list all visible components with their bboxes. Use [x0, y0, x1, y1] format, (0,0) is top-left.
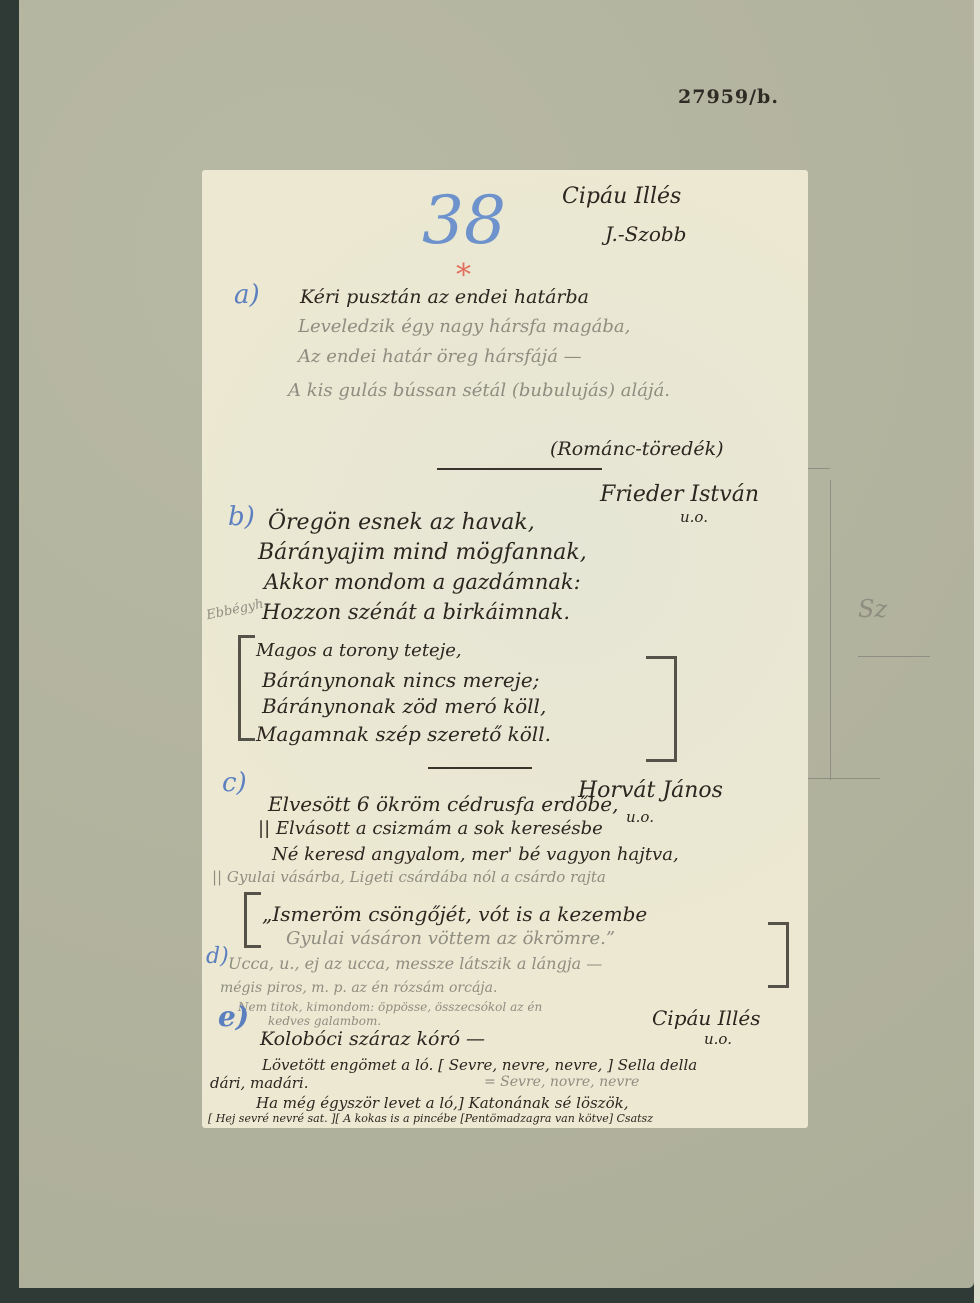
page-number: 38: [422, 182, 506, 259]
section-c-line: || Elvásott a csizmám a sok keresésbe: [258, 818, 603, 839]
section-c-line: Elvesött 6 ökröm cédrusfa erdőbe,: [268, 792, 619, 816]
divider: [428, 767, 532, 769]
section-b-label: b): [228, 502, 255, 532]
section-d-line: Ucca, u., ej az ucca, messze látszik a l…: [228, 954, 602, 973]
section-a-line: A kis gulás bússan sétál (bubulujás) alá…: [288, 380, 670, 401]
section-e-line: Kolobóci száraz kóró —: [260, 1028, 485, 1050]
section-e-label: e): [218, 1000, 249, 1033]
catalog-number-stamp: 27959/b.: [678, 86, 779, 108]
mount-pencil-bracket-right: [830, 480, 831, 780]
section-c-line: || Gyulai vásárba, Ligeti csárdába nól a…: [212, 868, 606, 886]
section-b-bracketed-line: Magos a torony teteje,: [256, 640, 462, 661]
section-c-label: c): [222, 768, 247, 798]
section-e-attribution-sub: u.o.: [704, 1030, 732, 1048]
section-b-bracketed-line: Magamnak szép szerető köll.: [256, 722, 551, 746]
section-b-line: Öregön esnek az havak,: [268, 510, 535, 535]
section-d-line: mégis piros, m. p. az én rózsám orcája.: [220, 980, 497, 996]
section-a-note: (Románc-töredék): [550, 438, 724, 460]
mount-pencil-underline: [858, 656, 930, 657]
bracket-right: [646, 656, 677, 762]
section-b-line: Akkor mondom a gazdámnak:: [264, 570, 581, 594]
section-b-line: Bárányajim mind mögfannak,: [258, 540, 587, 565]
scan-edge: [974, 0, 980, 1303]
section-e-line: [ Hej sevré nevré sat. ][ A kokas is a p…: [208, 1112, 653, 1125]
section-a-label: a): [234, 280, 260, 310]
section-a-line: Az endei határ öreg hársfájá —: [298, 346, 582, 367]
section-b-bracketed-line: Báránynonak zöd meró köll,: [262, 694, 546, 718]
section-c-line: Gyulai vásáron vöttem az ökrömre.”: [286, 928, 615, 949]
section-a-line: Leveledzik égy nagy hársfa magába,: [298, 316, 630, 337]
section-e-line: dári, madári.: [210, 1074, 309, 1092]
bracket-right: [768, 922, 789, 988]
section-e-line: Ha még égyször levet a ló,] Katonának sé…: [256, 1094, 628, 1112]
section-e-attribution: Cipáu Illés: [652, 1006, 760, 1030]
bracket-left: [238, 635, 255, 741]
section-c-line: „Ismeröm csöngőjét, vót is a kezembe: [262, 902, 647, 926]
section-a-line: Kéri pusztán az endei határba: [300, 286, 589, 308]
header-place: J.-Szobb: [605, 222, 686, 246]
mount-pencil-mark: Sz: [858, 595, 887, 623]
section-c-attribution-sub: u.o.: [626, 808, 654, 826]
divider: [437, 468, 602, 470]
section-d-line: kedves galambom.: [268, 1014, 381, 1028]
section-b-attribution: Frieder István: [600, 482, 759, 507]
section-e-line: = Sevre, novre, nevre: [484, 1074, 639, 1090]
bracket-left: [244, 892, 261, 948]
section-b-attribution-sub: u.o.: [680, 508, 708, 526]
header-collector: Cipáu Illés: [562, 184, 681, 209]
section-d-label: d): [206, 944, 229, 969]
section-c-line: Né keresd angyalom, mer' bé vagyon hajtv…: [272, 844, 679, 865]
section-b-line: Hozzon szénát a birkáimnak.: [262, 600, 570, 624]
section-b-bracketed-line: Báránynonak nincs mereje;: [262, 668, 539, 692]
section-d-line: Nem titok, kimondom: öppösse, összecsóko…: [238, 1000, 542, 1014]
section-e-line: Lövetött engömet a ló. [ Sevre, nevre, n…: [262, 1056, 697, 1074]
